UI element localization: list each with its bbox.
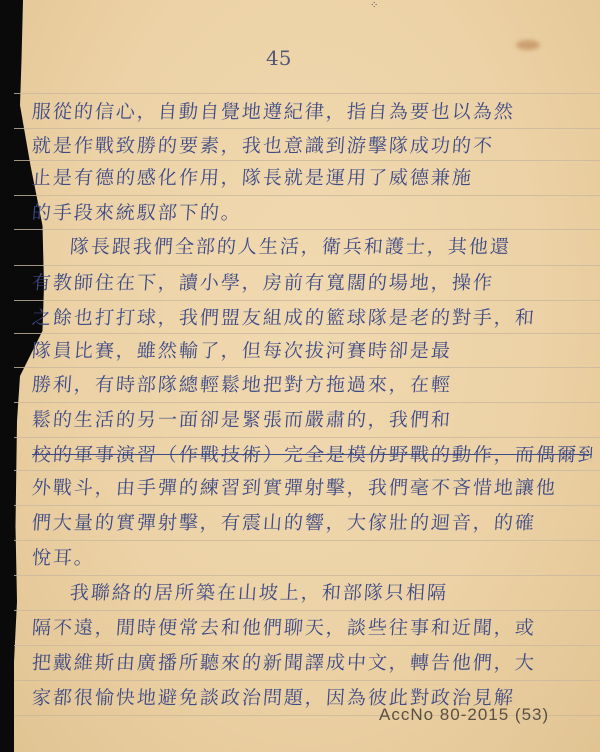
ruled-line [14, 505, 600, 506]
ruled-line [14, 300, 600, 301]
text-line: 止是有德的感化作用，隊長就是運用了威德兼施 [31, 163, 593, 190]
page-number: 45 [266, 46, 291, 70]
text-line: 外戰斗，由手彈的練習到實彈射擊，我們毫不吝惜地讓他 [31, 473, 593, 500]
text-line: 服從的信心，自動自覺地遵紀律，指自為要也以為然 [31, 97, 593, 124]
ruled-line [14, 540, 600, 541]
ruled-line [14, 93, 600, 94]
ruled-line [14, 229, 600, 230]
paper-stain [516, 40, 540, 50]
archive-accession-number: AccNo 80-2015 (53) [379, 705, 549, 725]
ruled-line [14, 437, 600, 438]
ruled-line [14, 645, 600, 646]
text-line: 隊長跟我們全部的人生活，衛兵和護士，其他還 [31, 232, 593, 259]
text-line: 們大量的實彈射擊，有震山的響，大傢壯的迴音，的確 [31, 508, 593, 535]
ruled-line [14, 128, 600, 129]
ruled-line [14, 265, 600, 266]
text-line: 有教師住在下，讀小學，房前有寬闊的場地，操作 [31, 268, 593, 295]
ruled-line [14, 160, 600, 161]
ruled-line [14, 367, 600, 368]
ruled-line [14, 402, 600, 403]
text-line: 的手段來統馭部下的。 [31, 198, 593, 225]
text-line: 勝利，有時部隊總輕鬆地把對方拖過來，在輕 [31, 370, 593, 397]
text-line: 隊員比賽，雖然輸了，但每次拔河賽時卻是最 [31, 336, 593, 363]
text-line: 就是作戰致勝的要素，我也意識到游擊隊成功的不 [31, 131, 593, 158]
ruled-line [14, 680, 600, 681]
text-line: 我聯絡的居所築在山坡上，和部隊只相隔 [31, 578, 593, 605]
ruled-line [14, 470, 600, 471]
text-line: 之餘也打打球，我們盟友組成的籃球隊是老的對手，和 [31, 303, 593, 330]
ruled-line [14, 333, 600, 334]
struck-text-line: 校的軍事演習（作戰技術）完全是模仿野戰的動作，而偶爾到野 [31, 440, 593, 467]
manuscript-page: ⁘ 45 服從的信心，自動自覺地遵紀律，指自為要也以為然 就是作戰致勝的要素，我… [14, 0, 600, 752]
ruled-line [14, 610, 600, 611]
text-line: 把戴維斯由廣播所聽來的新聞譯成中文，轉告他們，大 [31, 648, 593, 675]
top-edge-mark: ⁘ [370, 0, 378, 11]
text-line: 鬆的生活的另一面卻是緊張而嚴肅的，我們和 [31, 405, 593, 432]
text-line: 隔不遠，閒時便常去和他們聊天，談些往事和近聞，或 [31, 613, 593, 640]
text-line: 悅耳。 [31, 543, 593, 570]
ruled-line [14, 575, 600, 576]
ruled-line [14, 195, 600, 196]
